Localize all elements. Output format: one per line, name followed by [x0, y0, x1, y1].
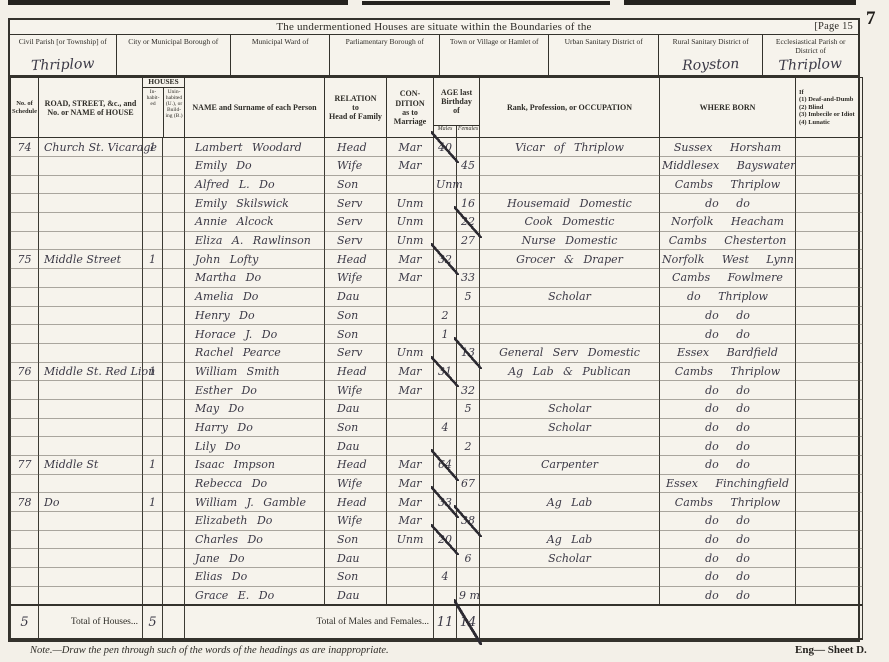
table-row: May DoDau5Scholardo do — [11, 399, 863, 418]
cell-age-male: Unm — [434, 175, 457, 194]
cell-where-born: do do — [660, 586, 796, 605]
table-row: Grace E. DoDau9 mdo do — [11, 586, 863, 605]
cell-disability — [796, 399, 863, 418]
cell-where-born: do do — [660, 325, 796, 344]
col-road: ROAD, STREET, &c., and No. or NAME of HO… — [39, 78, 143, 138]
town-village-cell: Town or Village or Hamlet of — [440, 35, 549, 75]
cell-age-male — [434, 157, 457, 176]
cell-road: Middle St. Red Lion — [39, 362, 143, 381]
cell-age-female — [457, 325, 480, 344]
table-row: Annie AlcockServUnm22Cook DomesticNorfol… — [11, 213, 863, 232]
cell-schedule — [11, 231, 39, 250]
cell-road — [39, 568, 143, 587]
cell-relation: Head — [325, 362, 387, 381]
table-row: Lily DoDau2do do — [11, 437, 863, 456]
scan-edge-artifact — [624, 0, 856, 5]
cell-condition: Mar — [387, 493, 434, 512]
cell-disability — [796, 493, 863, 512]
cell-road — [39, 399, 143, 418]
cell-inhabited — [143, 325, 163, 344]
cell-name: Grace E. Do — [185, 586, 325, 605]
cell-disability — [796, 194, 863, 213]
cell-inhabited — [143, 213, 163, 232]
total-females-value: 14 — [457, 605, 480, 639]
cell-relation: Dau — [325, 586, 387, 605]
cell-where-born: do do — [660, 399, 796, 418]
cell-age-female — [457, 175, 480, 194]
totals-empty-cell — [163, 605, 185, 639]
municipal-ward-label: Municipal Ward of — [231, 35, 330, 46]
cell-condition — [387, 437, 434, 456]
cell-condition: Unm — [387, 213, 434, 232]
cell-name: Lily Do — [185, 437, 325, 456]
cell-schedule: 76 — [11, 362, 39, 381]
cell-age-female: 32 — [457, 381, 480, 400]
cell-name: Emily Skilswick — [185, 194, 325, 213]
rural-sanitary-value: Royston — [659, 55, 763, 75]
cell-inhabited — [143, 418, 163, 437]
cell-occupation: Scholar — [480, 399, 660, 418]
cell-inhabited — [143, 269, 163, 288]
cell-where-born: do do — [660, 306, 796, 325]
folio-number: 7 — [866, 8, 876, 30]
cell-age-female: 38 — [457, 512, 480, 531]
cell-age-male: 40 — [434, 138, 457, 157]
cell-schedule — [11, 437, 39, 456]
cell-uninhabited — [163, 343, 185, 362]
cell-occupation: Ag Lab — [480, 493, 660, 512]
cell-occupation: Housemaid Domestic — [480, 194, 660, 213]
cell-uninhabited — [163, 530, 185, 549]
cell-disability — [796, 175, 863, 194]
cell-relation: Son — [325, 568, 387, 587]
cell-where-born: Cambs Thriplow — [660, 362, 796, 381]
cell-relation: Head — [325, 138, 387, 157]
cell-age-female: 2 — [457, 437, 480, 456]
col-occupation: Rank, Profession, or OCCUPATION — [480, 78, 660, 138]
col-where-born: WHERE BORN — [660, 78, 796, 138]
cell-uninhabited — [163, 362, 185, 381]
cell-condition — [387, 586, 434, 605]
cell-uninhabited — [163, 474, 185, 493]
table-row: Alfred L. DoSonUnmCambs Thriplow — [11, 175, 863, 194]
cell-age-male — [434, 213, 457, 232]
cell-condition: Mar — [387, 362, 434, 381]
cell-occupation — [480, 568, 660, 587]
cell-uninhabited — [163, 194, 185, 213]
cell-uninhabited — [163, 418, 185, 437]
cell-schedule — [11, 381, 39, 400]
cell-relation: Son — [325, 306, 387, 325]
cell-relation: Dau — [325, 399, 387, 418]
cell-inhabited — [143, 586, 163, 605]
civil-parish-label: Civil Parish [or Township] of — [10, 35, 116, 46]
cell-occupation — [480, 586, 660, 605]
cell-road — [39, 325, 143, 344]
cell-occupation: Ag Lab & Publican — [480, 362, 660, 381]
total-houses-value: 5 — [143, 605, 163, 639]
cell-disability — [796, 474, 863, 493]
cell-disability — [796, 138, 863, 157]
cell-disability — [796, 343, 863, 362]
cell-condition: Mar — [387, 157, 434, 176]
cell-disability — [796, 568, 863, 587]
parliamentary-borough-value — [331, 71, 439, 75]
cell-schedule — [11, 418, 39, 437]
town-village-value — [440, 71, 548, 75]
totals-section: 5 Total of Houses... 5 Total of Males an… — [11, 605, 863, 639]
cell-relation: Son — [325, 418, 387, 437]
cell-relation: Son — [325, 530, 387, 549]
cell-schedule — [11, 213, 39, 232]
cell-age-female: 45 — [457, 157, 480, 176]
cell-disability — [796, 418, 863, 437]
cell-relation: Dau — [325, 437, 387, 456]
totals-row: 5 Total of Houses... 5 Total of Males an… — [11, 605, 863, 639]
cell-inhabited — [143, 157, 163, 176]
location-header-row: Civil Parish [or Township] of Thriplow C… — [10, 35, 858, 77]
cell-occupation — [480, 381, 660, 400]
cell-name: Elias Do — [185, 568, 325, 587]
cell-occupation: Grocer & Draper — [480, 250, 660, 269]
cell-road — [39, 157, 143, 176]
cell-uninhabited — [163, 493, 185, 512]
cell-condition: Unm — [387, 231, 434, 250]
cell-name: Esther Do — [185, 381, 325, 400]
cell-disability — [796, 586, 863, 605]
cell-age-female — [457, 138, 480, 157]
cell-uninhabited — [163, 175, 185, 194]
cell-occupation — [480, 157, 660, 176]
civil-parish-cell: Civil Parish [or Township] of Thriplow — [10, 35, 117, 75]
cell-occupation: Nurse Domestic — [480, 231, 660, 250]
cell-name: Emily Do — [185, 157, 325, 176]
cell-inhabited — [143, 343, 163, 362]
cell-road — [39, 418, 143, 437]
cell-schedule — [11, 306, 39, 325]
cell-condition — [387, 325, 434, 344]
cell-inhabited — [143, 530, 163, 549]
cell-condition: Mar — [387, 250, 434, 269]
cell-schedule — [11, 530, 39, 549]
cell-disability — [796, 250, 863, 269]
cell-condition — [387, 399, 434, 418]
cell-road: Church St. Vicarage — [39, 138, 143, 157]
cell-road — [39, 175, 143, 194]
cell-condition: Mar — [387, 138, 434, 157]
cell-age-female — [457, 362, 480, 381]
cell-name: Horace J. Do — [185, 325, 325, 344]
cell-age-female — [457, 250, 480, 269]
table-row: 75Middle Street1John LoftyHeadMar32Groce… — [11, 250, 863, 269]
cell-age-male: 31 — [434, 362, 457, 381]
footer-note: Note.—Draw the pen through such of the w… — [30, 645, 389, 656]
page-number-label: [Page 15 — [814, 21, 853, 32]
cell-inhabited — [143, 194, 163, 213]
ecclesiastical-parish-cell: Ecclesiastical Parish or District of Thr… — [763, 35, 858, 75]
cell-schedule — [11, 568, 39, 587]
urban-sanitary-cell: Urban Sanitary District of — [549, 35, 658, 75]
cell-age-female — [457, 568, 480, 587]
cell-road — [39, 287, 143, 306]
cell-age-female — [457, 493, 480, 512]
cell-age-male — [434, 399, 457, 418]
cell-name: Alfred L. Do — [185, 175, 325, 194]
cell-where-born: Essex Bardfield — [660, 343, 796, 362]
cell-road — [39, 213, 143, 232]
cell-name: Martha Do — [185, 269, 325, 288]
cell-uninhabited — [163, 512, 185, 531]
cell-inhabited — [143, 306, 163, 325]
urban-sanitary-label: Urban Sanitary District of — [549, 35, 657, 46]
cell-schedule — [11, 157, 39, 176]
cell-age-male: 64 — [434, 456, 457, 475]
cell-inhabited — [143, 512, 163, 531]
table-row: Emily SkilswickServUnm16Housemaid Domest… — [11, 194, 863, 213]
cell-age-male — [434, 287, 457, 306]
cell-road — [39, 530, 143, 549]
table-row: Rebecca DoWifeMar67Essex Finchingfield — [11, 474, 863, 493]
cell-condition — [387, 549, 434, 568]
cell-inhabited — [143, 175, 163, 194]
cell-name: John Lofty — [185, 250, 325, 269]
table-row: Harry DoSon4Scholardo do — [11, 418, 863, 437]
municipal-ward-cell: Municipal Ward of — [231, 35, 331, 75]
cell-name: Henry Do — [185, 306, 325, 325]
cell-condition: Mar — [387, 474, 434, 493]
city-borough-label: City or Municipal Borough of — [117, 35, 230, 46]
parliamentary-borough-label: Parliamentary Borough of — [330, 35, 438, 46]
cell-occupation: Cook Domestic — [480, 213, 660, 232]
cell-schedule — [11, 399, 39, 418]
cell-schedule — [11, 343, 39, 362]
cell-disability — [796, 287, 863, 306]
cell-age-female — [457, 306, 480, 325]
cell-condition: Unm — [387, 194, 434, 213]
cell-occupation — [480, 175, 660, 194]
cell-condition — [387, 175, 434, 194]
cell-name: Jane Do — [185, 549, 325, 568]
census-table: No. of Schedule ROAD, STREET, &c., and N… — [10, 77, 863, 640]
cell-uninhabited — [163, 437, 185, 456]
cell-uninhabited — [163, 250, 185, 269]
cell-relation: Serv — [325, 213, 387, 232]
table-row: Henry DoSon2do do — [11, 306, 863, 325]
cell-schedule — [11, 175, 39, 194]
rural-sanitary-cell: Rural Sanitary District of Royston — [659, 35, 764, 75]
cell-age-male — [434, 437, 457, 456]
cell-inhabited: 1 — [143, 138, 163, 157]
cell-road — [39, 586, 143, 605]
table-row: 74Church St. Vicarage1Lambert WoodardHea… — [11, 138, 863, 157]
col-age-females: Females — [457, 126, 479, 137]
cell-uninhabited — [163, 287, 185, 306]
cell-disability — [796, 231, 863, 250]
cell-age-male: 33 — [434, 493, 457, 512]
cell-uninhabited — [163, 456, 185, 475]
cell-age-male: 32 — [434, 250, 457, 269]
cell-age-female: 33 — [457, 269, 480, 288]
cell-uninhabited — [163, 325, 185, 344]
cell-age-female: 13 — [457, 343, 480, 362]
cell-disability — [796, 269, 863, 288]
cell-condition — [387, 306, 434, 325]
cell-schedule: 77 — [11, 456, 39, 475]
city-borough-value — [117, 71, 230, 75]
cell-where-born: Cambs Thriplow — [660, 493, 796, 512]
cell-occupation — [480, 306, 660, 325]
cell-where-born: do do — [660, 456, 796, 475]
cell-disability — [796, 306, 863, 325]
cell-age-male: 1 — [434, 325, 457, 344]
cell-where-born: Middlesex Bayswater — [660, 157, 796, 176]
total-houses-label: Total of Houses... — [39, 605, 143, 639]
cell-uninhabited — [163, 157, 185, 176]
col-inhabited: In- habit- ed — [143, 88, 164, 138]
cell-schedule — [11, 586, 39, 605]
cell-uninhabited — [163, 381, 185, 400]
cell-occupation: Scholar — [480, 287, 660, 306]
cell-condition: Unm — [387, 530, 434, 549]
cell-name: Rebecca Do — [185, 474, 325, 493]
col-uninhabited: Unin- habited (U.), or Build- ing (B.) — [164, 88, 184, 138]
cell-age-female: 67 — [457, 474, 480, 493]
cell-schedule — [11, 325, 39, 344]
cell-age-male — [434, 549, 457, 568]
cell-inhabited: 1 — [143, 456, 163, 475]
table-row: Emily DoWifeMar45Middlesex Bayswater — [11, 157, 863, 176]
cell-disability — [796, 157, 863, 176]
cell-name: Isaac Impson — [185, 456, 325, 475]
cell-disability — [796, 530, 863, 549]
scan-edge-artifact — [8, 0, 348, 5]
cell-occupation: Vicar of Thriplow — [480, 138, 660, 157]
total-males-value: 11 — [434, 605, 457, 639]
cell-condition — [387, 568, 434, 587]
cell-where-born: do Thriplow — [660, 287, 796, 306]
cell-name: William Smith — [185, 362, 325, 381]
cell-occupation — [480, 269, 660, 288]
cell-disability — [796, 213, 863, 232]
cell-uninhabited — [163, 399, 185, 418]
cell-road: Middle St — [39, 456, 143, 475]
table-row: Horace J. DoSon1do do — [11, 325, 863, 344]
cell-relation: Serv — [325, 194, 387, 213]
table-row: 77Middle St1Isaac ImpsonHeadMar64Carpent… — [11, 456, 863, 475]
cell-inhabited: 1 — [143, 362, 163, 381]
cell-inhabited — [143, 399, 163, 418]
cell-relation: Wife — [325, 381, 387, 400]
cell-relation: Serv — [325, 231, 387, 250]
cell-uninhabited — [163, 306, 185, 325]
cell-occupation — [480, 437, 660, 456]
cell-age-female: 27 — [457, 231, 480, 250]
ecclesiastical-parish-label: Ecclesiastical Parish or District of — [763, 35, 858, 56]
cell-road — [39, 381, 143, 400]
cell-road — [39, 512, 143, 531]
cell-schedule: 75 — [11, 250, 39, 269]
cell-road: Middle Street — [39, 250, 143, 269]
cell-uninhabited — [163, 231, 185, 250]
cell-condition: Mar — [387, 512, 434, 531]
cell-age-male: 4 — [434, 568, 457, 587]
cell-where-born: do do — [660, 194, 796, 213]
cell-age-male — [434, 381, 457, 400]
ecclesiastical-parish-value: Thriplow — [763, 55, 858, 74]
cell-uninhabited — [163, 568, 185, 587]
col-age-label: AGE last Birthday of — [434, 78, 479, 125]
cell-disability — [796, 362, 863, 381]
cell-age-male — [434, 194, 457, 213]
cell-inhabited — [143, 231, 163, 250]
cell-where-born: Norfolk West Lynn — [660, 250, 796, 269]
cell-relation: Serv — [325, 343, 387, 362]
cell-disability — [796, 512, 863, 531]
cell-inhabited — [143, 549, 163, 568]
col-schedule: No. of Schedule — [11, 78, 39, 138]
cell-occupation — [480, 474, 660, 493]
col-houses: HOUSES In- habit- ed Unin- habited (U.),… — [143, 78, 185, 138]
cell-schedule — [11, 194, 39, 213]
cell-inhabited: 1 — [143, 493, 163, 512]
table-row: 76Middle St. Red Lion1William SmithHeadM… — [11, 362, 863, 381]
cell-occupation: General Serv Domestic — [480, 343, 660, 362]
cell-relation: Dau — [325, 287, 387, 306]
cell-age-male — [434, 343, 457, 362]
cell-schedule: 78 — [11, 493, 39, 512]
table-row: 78Do1William J. GambleHeadMar33Ag LabCam… — [11, 493, 863, 512]
table-row: Esther DoWifeMar32do do — [11, 381, 863, 400]
col-name: NAME and Surname of each Person — [185, 78, 325, 138]
cell-schedule — [11, 549, 39, 568]
cell-relation: Wife — [325, 512, 387, 531]
table-row: Charles DoSonUnm20Ag Labdo do — [11, 530, 863, 549]
scan-edge-artifact — [362, 1, 610, 5]
cell-where-born: Cambs Thriplow — [660, 175, 796, 194]
cell-age-female: 5 — [457, 399, 480, 418]
cell-age-female — [457, 456, 480, 475]
sheet-title: The undermentioned Houses are situate wi… — [276, 21, 591, 33]
cell-condition: Mar — [387, 381, 434, 400]
cell-inhabited — [143, 568, 163, 587]
cell-age-male: 2 — [434, 306, 457, 325]
col-age: AGE last Birthday of Males Females — [434, 78, 480, 138]
cell-relation: Head — [325, 493, 387, 512]
municipal-ward-value — [231, 71, 329, 74]
cell-inhabited: 1 — [143, 250, 163, 269]
cell-age-male — [434, 512, 457, 531]
table-row: Elizabeth DoWifeMar38do do — [11, 512, 863, 531]
table-row: Jane DoDau6Scholardo do — [11, 549, 863, 568]
cell-schedule: 74 — [11, 138, 39, 157]
cell-where-born: do do — [660, 512, 796, 531]
cell-age-female: 22 — [457, 213, 480, 232]
cell-condition — [387, 287, 434, 306]
cell-relation: Wife — [325, 269, 387, 288]
cell-road — [39, 343, 143, 362]
cell-where-born: do do — [660, 568, 796, 587]
cell-age-male — [434, 231, 457, 250]
cell-schedule — [11, 269, 39, 288]
table-row: Amelia DoDau5Scholardo Thriplow — [11, 287, 863, 306]
cell-disability — [796, 549, 863, 568]
cell-age-female: 9 m — [457, 586, 480, 605]
cell-relation: Son — [325, 175, 387, 194]
cell-where-born: do do — [660, 549, 796, 568]
cell-where-born: do do — [660, 437, 796, 456]
col-houses-label: HOUSES — [143, 78, 184, 88]
cell-age-female — [457, 530, 480, 549]
